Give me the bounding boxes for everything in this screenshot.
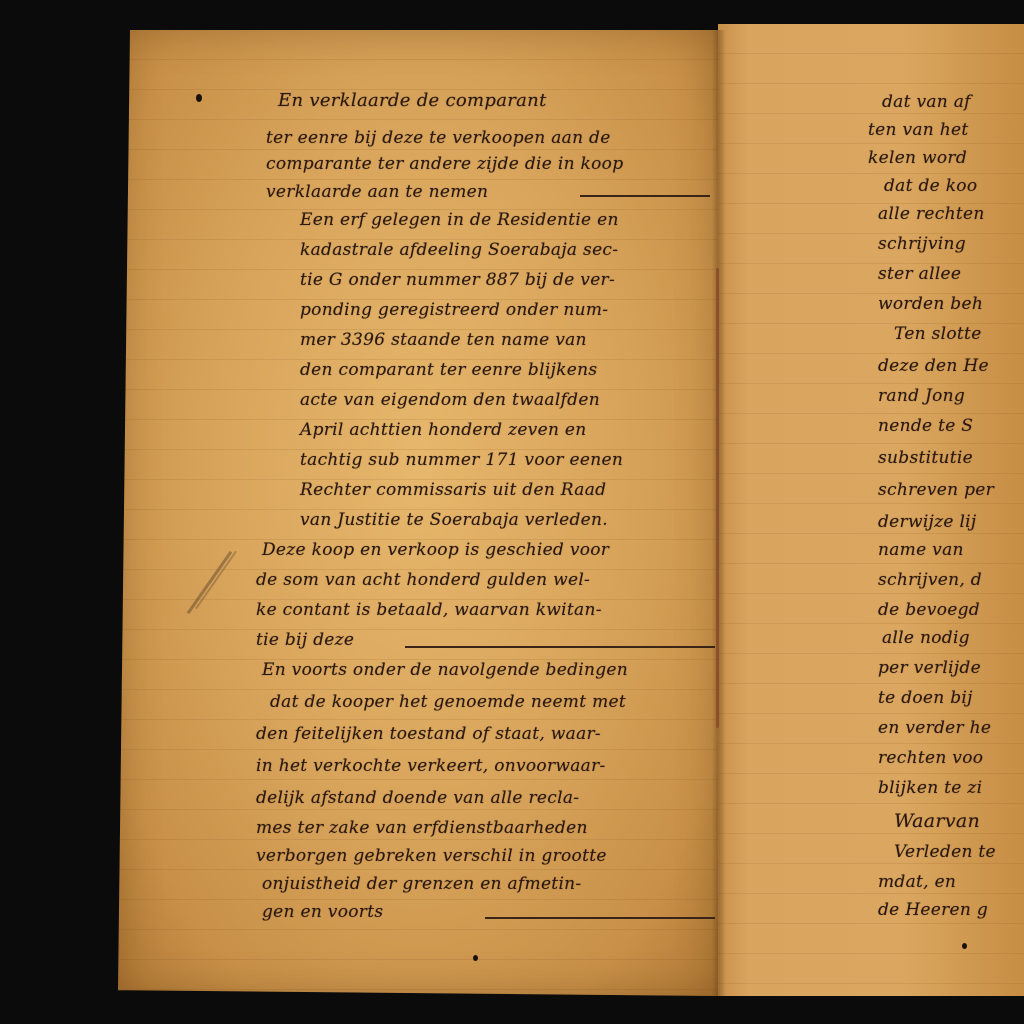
text-line: mer 3396 staande ten name van — [300, 330, 587, 350]
text-line: verklaarde aan te nemen — [266, 182, 488, 202]
text-line: Waarvan — [894, 810, 980, 832]
text-line: ter eenre bij deze te verkoopen aan de — [266, 128, 611, 148]
text-line: de Heeren g — [878, 900, 988, 920]
ink-dot — [196, 94, 202, 102]
text-line: kadastrale afdeeling Soerabaja sec- — [300, 240, 618, 260]
text-line: April achttien honderd zeven en — [300, 420, 587, 440]
text-line: name van — [878, 540, 964, 560]
text-line: alle nodig — [882, 628, 970, 648]
text-line: alle rechten — [878, 204, 985, 224]
text-line: Rechter commissaris uit den Raad — [300, 480, 606, 500]
text-line: ponding geregistreerd onder num- — [300, 300, 608, 320]
open-register-book: En verklaarde de comparant ter eenre bij… — [0, 0, 1024, 1024]
text-line: substitutie — [878, 448, 973, 468]
text-line: mdat, en — [878, 872, 956, 892]
text-line: tie bij deze — [256, 630, 354, 650]
text-line: den comparant ter eenre blijkens — [300, 360, 597, 380]
text-line: ster allee — [878, 264, 961, 284]
text-line: de som van acht honderd gulden wel- — [256, 570, 590, 590]
text-line: de bevoegd — [878, 600, 980, 620]
line-filler-rule — [405, 646, 715, 648]
line-filler-rule — [580, 195, 710, 197]
text-line: ke contant is betaald, waarvan kwitan- — [256, 600, 602, 620]
text-line: tachtig sub nummer 171 voor eenen — [300, 450, 623, 470]
text-line: gen en voorts — [262, 902, 383, 922]
text-line: en verder he — [878, 718, 991, 738]
text-line: worden beh — [878, 294, 983, 314]
text-line: Ten slotte — [894, 324, 982, 344]
text-line: schreven per — [878, 480, 994, 500]
text-line: ten van het — [868, 120, 968, 140]
ink-dot — [473, 955, 478, 961]
text-line: dat de koo — [884, 176, 977, 196]
text-line: rechten voo — [878, 748, 983, 768]
text-line: rand Jong — [878, 386, 965, 406]
text-line: verborgen gebreken verschil in grootte — [256, 846, 607, 866]
text-line: schrijven, d — [878, 570, 982, 590]
text-line: deze den He — [878, 356, 989, 376]
text-line: onjuistheid der grenzen en afmetin- — [262, 874, 581, 894]
text-line: in het verkochte verkeert, onvoorwaar- — [256, 756, 606, 776]
text-line: Een erf gelegen in de Residentie en — [300, 210, 619, 230]
text-line: per verlijde — [878, 658, 981, 678]
text-line: En verklaarde de comparant — [278, 90, 547, 111]
text-line: blijken te zi — [878, 778, 982, 798]
text-line: comparante ter andere zijde die in koop — [266, 154, 623, 174]
text-line: schrijving — [878, 234, 966, 254]
right-page-text-area: dat van af ten van het kelen word dat de… — [718, 24, 1024, 996]
text-line: den feitelijken toestand of staat, waar- — [256, 724, 601, 744]
text-line: En voorts onder de navolgende bedingen — [262, 660, 628, 680]
text-line: derwijze lij — [878, 512, 977, 532]
text-line: acte van eigendom den twaalfden — [300, 390, 600, 410]
text-line: Deze koop en verkoop is geschied voor — [262, 540, 609, 560]
text-line: kelen word — [868, 148, 967, 168]
text-line: nende te S — [878, 416, 973, 436]
text-line: tie G onder nummer 887 bij de ver- — [300, 270, 615, 290]
text-line: dat van af — [882, 92, 971, 112]
text-line: delijk afstand doende van alle recla- — [256, 788, 579, 808]
text-line: te doen bij — [878, 688, 973, 708]
text-line: dat de kooper het genoemde neemt met — [270, 692, 626, 712]
text-line: Verleden te — [894, 842, 996, 862]
text-line: mes ter zake van erfdienstbaarheden — [256, 818, 588, 838]
line-filler-rule — [485, 917, 715, 919]
text-line: van Justitie te Soerabaja verleden. — [300, 510, 608, 530]
